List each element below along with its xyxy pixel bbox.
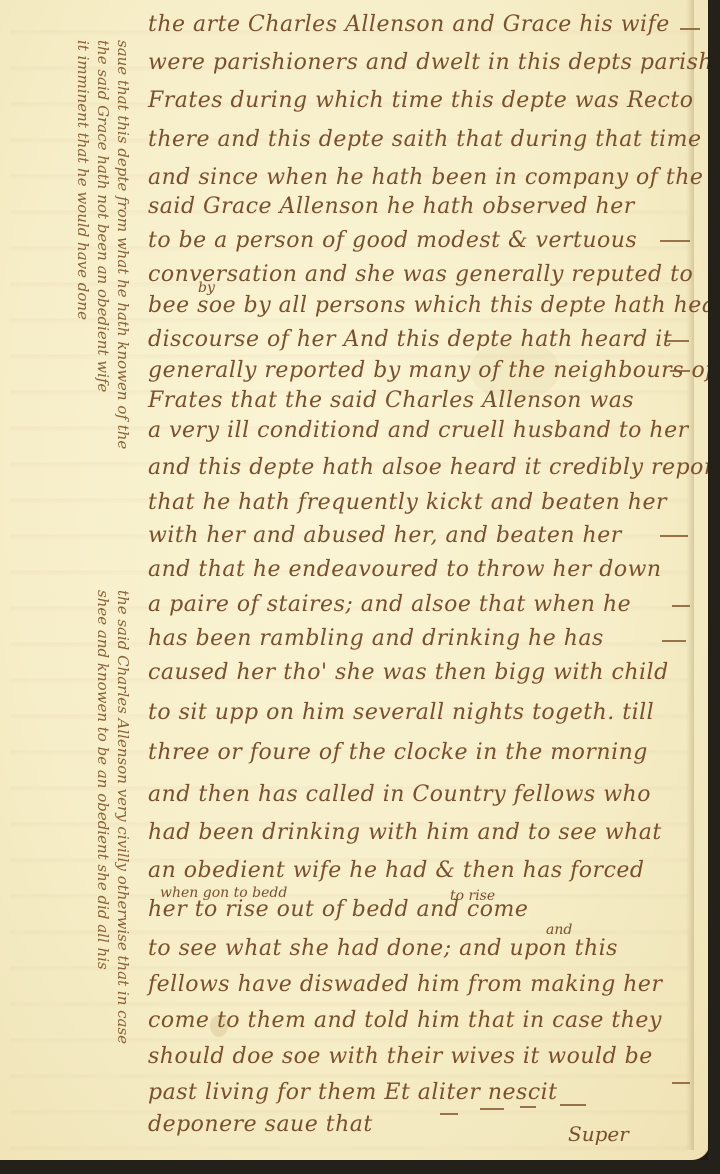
signature: Super: [568, 1122, 629, 1146]
line-filler-dash: [662, 640, 686, 642]
line-filler-dash: [670, 370, 690, 372]
text-line-27: to see what she had done; and upon this: [148, 936, 618, 961]
text-line-25: an obedient wife he had & then has force…: [148, 858, 645, 883]
manuscript-page: the arte Charles Allenson and Grace his …: [0, 0, 710, 1160]
text-line-12: Frates that the said Charles Allenson wa…: [148, 388, 634, 413]
interlinear-insertion: and: [546, 922, 572, 938]
interlinear-insertion: when gon to bedd: [160, 885, 287, 901]
margin-note: saue that this depte from what he hath k…: [114, 40, 132, 449]
line-filler-dash: [520, 1106, 536, 1108]
text-line-10: discourse of her And this depte hath hea…: [148, 327, 672, 352]
text-line-4: there and this depte saith that during t…: [148, 127, 701, 152]
line-filler-dash: [672, 1082, 690, 1084]
text-line-30: should doe soe with their wives it would…: [148, 1044, 653, 1069]
line-filler-dash: [560, 1104, 586, 1106]
text-line-31: past living for them Et aliter nescit: [148, 1080, 558, 1105]
line-filler-dash: [660, 240, 690, 242]
line-filler-dash: [680, 28, 700, 30]
text-line-1: the arte Charles Allenson and Grace his …: [148, 12, 670, 37]
text-line-15: that he hath frequently kickt and beaten…: [148, 490, 667, 515]
interlinear-insertion: by: [198, 280, 215, 296]
text-line-29: come to them and told him that in case t…: [148, 1008, 662, 1033]
text-line-9: bee soe by all persons which this depte …: [148, 293, 720, 318]
line-filler-dash: [480, 1108, 504, 1110]
text-line-6: said Grace Allenson he hath observed her: [148, 194, 635, 219]
text-line-18: a paire of staires; and alsoe that when …: [148, 592, 631, 617]
text-line-16: with her and abused her, and beaten her: [148, 523, 622, 548]
text-line-28: fellows have diswaded him from making he…: [148, 972, 662, 997]
text-line-17: and that he endeavoured to throw her dow…: [148, 557, 662, 582]
text-line-22: three or foure of the clocke in the morn…: [148, 740, 648, 765]
interlinear-insertion: to rise: [450, 888, 495, 904]
line-filler-dash: [672, 605, 690, 607]
text-line-14: and this depte hath alsoe heard it credi…: [148, 455, 720, 480]
text-line-32: deponere saue that: [148, 1112, 373, 1137]
text-line-5: and since when he hath been in company o…: [148, 165, 703, 190]
margin-note: the said Grace hath not been an obedient…: [94, 40, 112, 392]
text-line-19: has been rambling and drinking he has: [148, 626, 604, 651]
line-filler-dash: [660, 535, 688, 537]
line-filler-dash: [440, 1113, 458, 1115]
scan-background-bottom: [0, 1160, 720, 1174]
scan-background-right: [708, 0, 720, 1174]
text-line-13: a very ill conditiond and cruell husband…: [148, 418, 689, 443]
text-line-7: to be a person of good modest & vertuous: [148, 228, 637, 253]
margin-note: the said Charles Allenson very civilly o…: [114, 590, 132, 1044]
text-line-2: were parishioners and dwelt in this dept…: [148, 50, 720, 75]
margin-note: shee and knowen to be an obedient she di…: [94, 590, 112, 970]
text-line-8: conversation and she was generally reput…: [148, 262, 693, 287]
text-line-11: generally reported by many of the neighb…: [148, 358, 714, 383]
line-filler-dash: [665, 340, 689, 342]
text-line-23: and then has called in Country fellows w…: [148, 782, 651, 807]
text-line-3: Frates during which time this depte was …: [148, 88, 693, 113]
margin-note: it imminent that he would have done: [74, 40, 92, 320]
text-line-20: caused her tho' she was then bigg with c…: [148, 660, 669, 685]
text-line-24: had been drinking with him and to see wh…: [148, 820, 662, 845]
text-line-21: to sit upp on him severall nights togeth…: [148, 700, 654, 725]
